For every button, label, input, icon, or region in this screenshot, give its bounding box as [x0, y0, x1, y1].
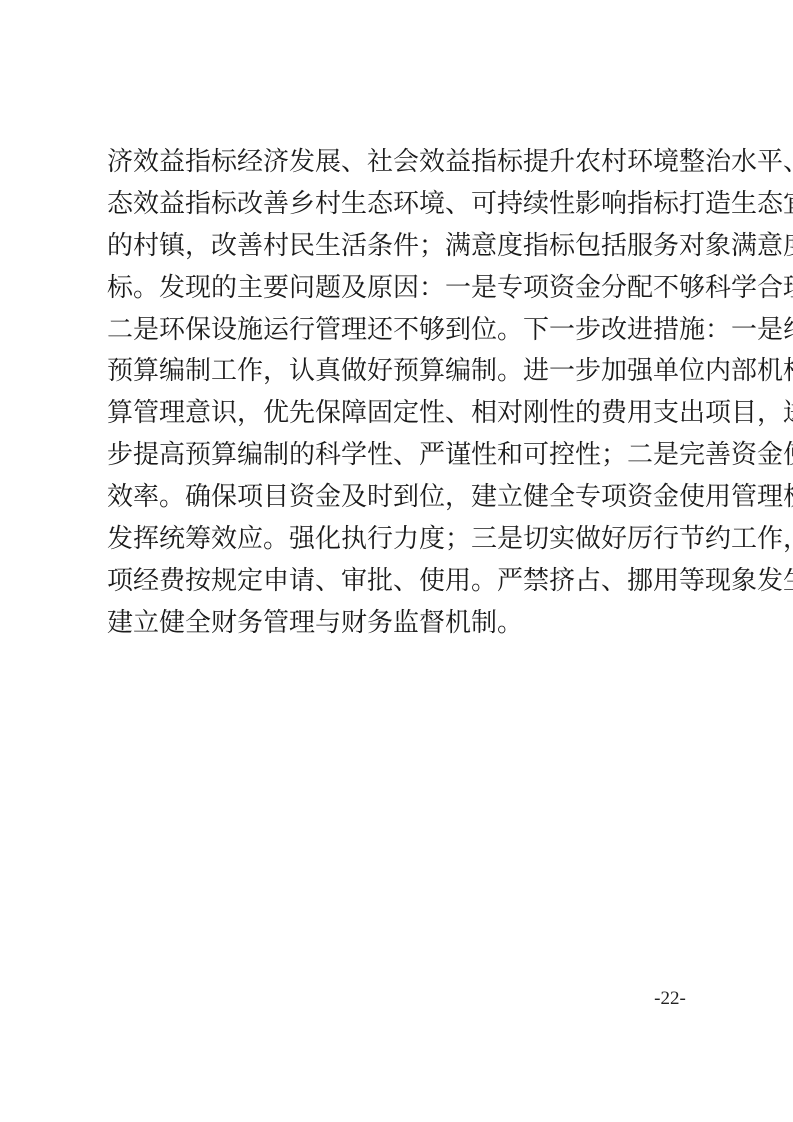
text-line: 步提高预算编制的科学性、严谨性和可控性；二是完善资金使用 [107, 435, 695, 477]
text-line: 项经费按规定申请、审批、使用。严禁挤占、挪用等现象发生。 [107, 561, 695, 603]
document-page: 济效益指标经济发展、社会效益指标提升农村环境整治水平、生 态效益指标改善乡村生态… [0, 0, 793, 1122]
text-line: 标。发现的主要问题及原因：一是专项资金分配不够科学合理； [107, 268, 695, 310]
text-line: 算管理意识，优先保障固定性、相对刚性的费用支出项目，进一 [107, 393, 695, 435]
text-line: 二是环保设施运行管理还不够到位。下一步改进措施：一是细化 [107, 310, 695, 352]
text-line: 的村镇，改善村民生活条件；满意度指标包括服务对象满意度指 [107, 226, 695, 268]
text-line: 效率。确保项目资金及时到位，建立健全专项资金使用管理机制， [107, 477, 695, 519]
body-paragraph: 济效益指标经济发展、社会效益指标提升农村环境整治水平、生 态效益指标改善乡村生态… [107, 142, 695, 645]
page-number: -22- [640, 988, 700, 1010]
text-line: 预算编制工作，认真做好预算编制。进一步加强单位内部机构预 [107, 351, 695, 393]
text-line: 建立健全财务管理与财务监督机制。 [107, 603, 695, 645]
text-line: 济效益指标经济发展、社会效益指标提升农村环境整治水平、生 [107, 142, 695, 184]
text-line: 态效益指标改善乡村生态环境、可持续性影响指标打造生态宜居 [107, 184, 695, 226]
text-line: 发挥统筹效应。强化执行力度；三是切实做好厉行节约工作，各 [107, 519, 695, 561]
